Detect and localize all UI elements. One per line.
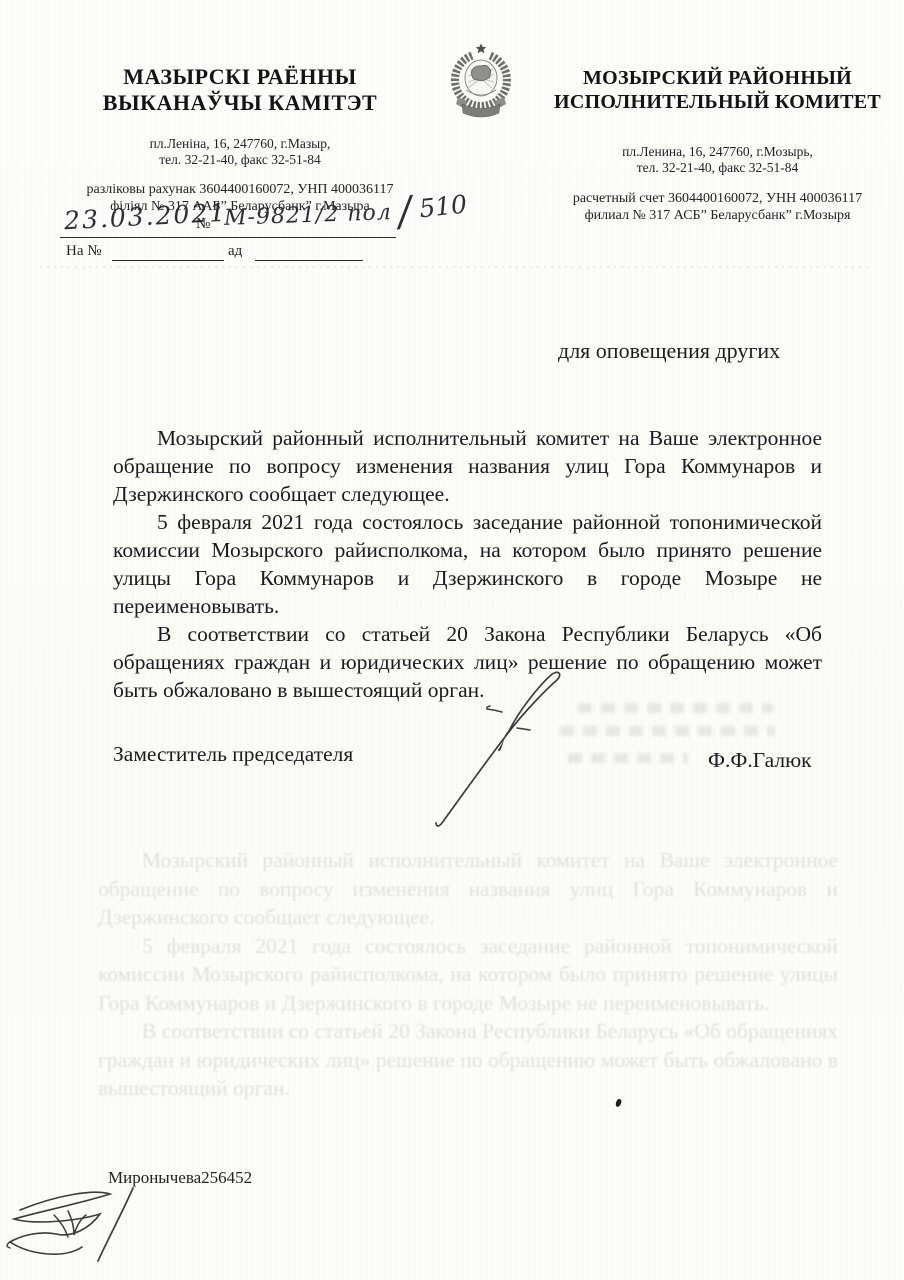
- reply-number-label: На №: [66, 243, 102, 260]
- scan-noise-band: [40, 266, 870, 268]
- org-bank-left-line1: разліковы рахунак 3604400160072, УНП 400…: [55, 181, 425, 198]
- signature-stroke: [410, 655, 590, 845]
- bleedthrough-text-block: Мозырский районный исполнительный комите…: [98, 846, 838, 1103]
- ghost-paragraph-2: 5 февраля 2021 года состоялось заседание…: [98, 932, 838, 1018]
- org-address-right-line1: пл.Ленина, 16, 247760, г.Мозырь,: [540, 144, 895, 160]
- reply-date-underline: [255, 260, 363, 261]
- org-bank-right-line2: филиал № 317 АСБ” Беларусбанк” г.Мозыря: [540, 207, 895, 224]
- coat-of-arms-icon: [448, 42, 514, 120]
- ink-speck: [615, 1098, 622, 1107]
- scanned-letter-page: МАЗЫРСКІ РАЁННЫ ВЫКАНАЎЧЫ КАМІТЭТ пл.Лен…: [0, 0, 904, 1280]
- handwritten-number-suffix: / 510: [396, 183, 470, 236]
- executor-signature-stroke: [2, 1183, 172, 1278]
- reply-number-underline: [112, 260, 224, 261]
- bleedthrough-line: [560, 726, 775, 736]
- signer-position: Заместитель председателя: [113, 742, 353, 767]
- org-header-left: МАЗЫРСКІ РАЁННЫ ВЫКАНАЎЧЫ КАМІТЭТ пл.Лен…: [55, 64, 425, 215]
- body-paragraph-1: Мозырский районный исполнительный комите…: [113, 424, 822, 508]
- date-underline: [60, 237, 218, 238]
- ghost-paragraph-3: В соответствии со статьей 20 Закона Респ…: [98, 1017, 838, 1103]
- ghost-paragraph-1: Мозырский районный исполнительный комите…: [98, 846, 838, 932]
- handwritten-slash: /: [396, 188, 414, 235]
- handwritten-suffix-digits: 510: [418, 189, 468, 223]
- org-title-left-line2: ВЫКАНАЎЧЫ КАМІТЭТ: [55, 90, 425, 116]
- org-title-right-line2: ИСПОЛНИТЕЛЬНЫЙ КОМИТЕТ: [540, 90, 895, 114]
- org-address-left-line1: пл.Леніна, 16, 247760, г.Мазыр,: [55, 136, 425, 152]
- org-address-right-line2: тел. 32-21-40, факс 32-51-84: [540, 160, 895, 176]
- resolution-note: для оповещения других: [558, 338, 780, 364]
- org-title-right-line1: МОЗЫРСКИЙ РАЙОННЫЙ: [540, 66, 895, 90]
- org-address-left-line2: тел. 32-21-40, факс 32-51-84: [55, 152, 425, 168]
- number-label: №: [196, 216, 210, 233]
- body-paragraph-2: 5 февраля 2021 года состоялось заседание…: [113, 508, 822, 620]
- org-header-right: МОЗЫРСКИЙ РАЙОННЫЙ ИСПОЛНИТЕЛЬНЫЙ КОМИТЕ…: [540, 66, 895, 224]
- signer-name: Ф.Ф.Галюк: [708, 748, 812, 773]
- org-title-left-line1: МАЗЫРСКІ РАЁННЫ: [55, 64, 425, 90]
- handwritten-number: М-9821/2 пол: [224, 200, 393, 231]
- org-bank-right-line1: расчетный счет 3604400160072, УНН 400036…: [540, 190, 895, 207]
- reply-date-label: ад: [228, 243, 242, 260]
- number-underline: [218, 237, 396, 238]
- bleedthrough-line: [578, 703, 773, 713]
